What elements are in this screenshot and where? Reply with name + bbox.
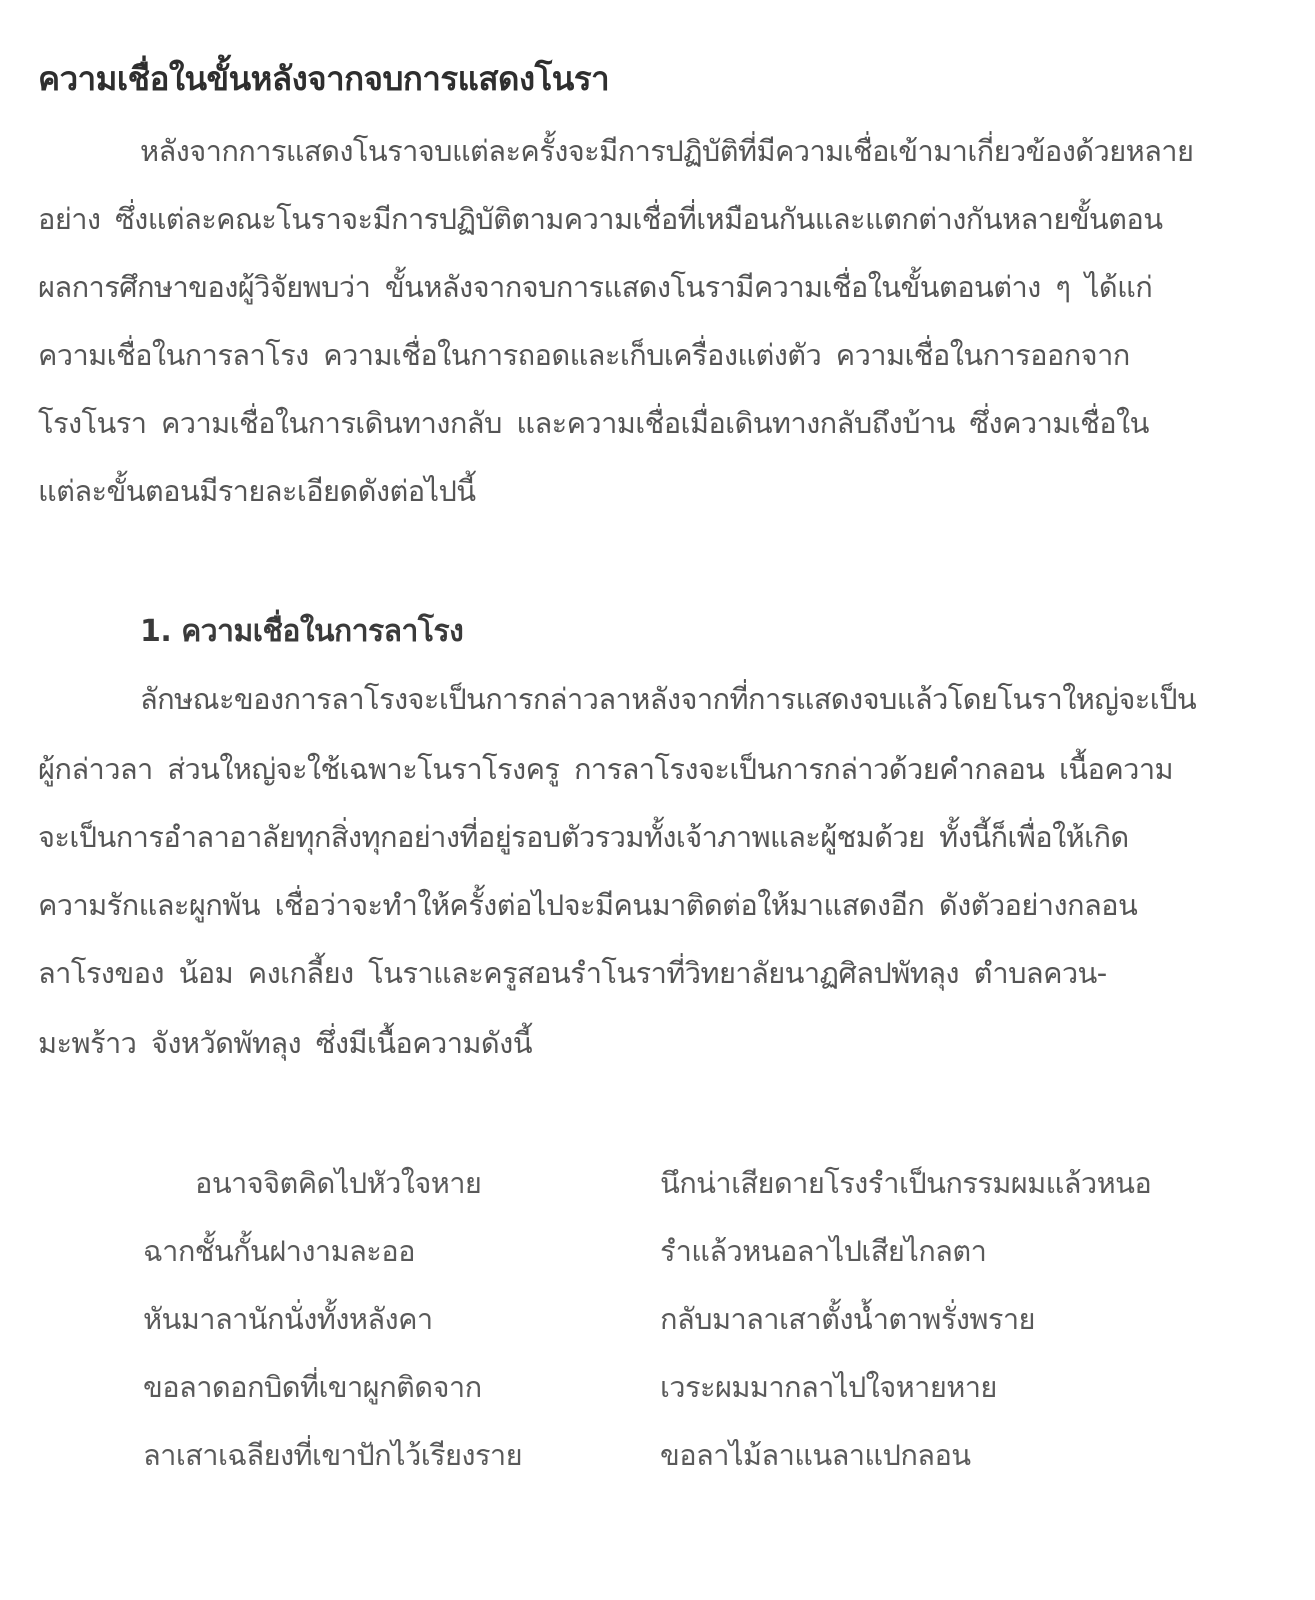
poem-line: ฉากชั้นกั้นฝางามละออ [143, 1228, 415, 1274]
poem-line: ขอลาไม้ลาแนลาแปกลอน [660, 1432, 971, 1478]
poem-line: หันมาลานักนั่งทั้งหลังคา [143, 1296, 433, 1342]
intro-paragraph-line: ผลการศึกษาของผู้วิจัยพบว่า ขั้นหลังจากจบ… [38, 264, 1152, 310]
intro-paragraph-line: หลังจากการแสดงโนราจบแต่ละครั้งจะมีการปฏิ… [140, 128, 1193, 174]
section-paragraph-line: ลักษณะของการลาโรงจะเป็นการกล่าวลาหลังจาก… [140, 676, 1196, 722]
section-paragraph-line: ผู้กล่าวลา ส่วนใหญ่จะใช้เฉพาะโนราโรงครู … [38, 746, 1173, 792]
subsection-heading: 1. ความเชื่อในการลาโรง [140, 608, 463, 655]
intro-paragraph-line: ความเชื่อในการลาโรง ความเชื่อในการถอดและ… [38, 332, 1130, 378]
section-heading: ความเชื่อในขั้นหลังจากจบการแสดงโนรา [38, 52, 609, 105]
section-paragraph-line: ความรักและผูกพัน เชื่อว่าจะทำให้ครั้งต่อ… [38, 882, 1137, 928]
poem-line: ขอลาดอกบิดที่เขาผูกติดจาก [143, 1364, 482, 1410]
section-paragraph-line: ลาโรงของ น้อม คงเกลี้ยง โนราและครูสอนรำโ… [38, 950, 1107, 996]
document-page: ความเชื่อในขั้นหลังจากจบการแสดงโนรา หลัง… [0, 0, 1315, 1600]
intro-paragraph-line: อย่าง ซึ่งแต่ละคณะโนราจะมีการปฏิบัติตามค… [38, 196, 1162, 242]
poem-line: รำแล้วหนอลาไปเสียไกลตา [660, 1228, 986, 1274]
intro-paragraph-line: โรงโนรา ความเชื่อในการเดินทางกลับ และควา… [38, 400, 1149, 446]
poem-line: ลาเสาเฉลียงที่เขาปักไว้เรียงราย [143, 1432, 522, 1478]
poem-line: กลับมาลาเสาตั้งน้ำตาพรั่งพราย [660, 1296, 1035, 1342]
intro-paragraph-line: แต่ละขั้นตอนมีรายละเอียดดังต่อไปนี้ [38, 468, 476, 514]
poem-line: นึกน่าเสียดายโรงรำเป็นกรรมผมแล้วหนอ [660, 1160, 1151, 1206]
poem-line: เวระผมมากลาไปใจหายหาย [660, 1364, 997, 1410]
poem-line: อนาจจิตคิดไปหัวใจหาย [195, 1160, 481, 1206]
section-paragraph-line: มะพร้าว จังหวัดพัทลุง ซึ่งมีเนื้อความดัง… [38, 1020, 532, 1066]
section-paragraph-line: จะเป็นการอำลาอาลัยทุกสิ่งทุกอย่างที่อยู่… [38, 814, 1129, 860]
